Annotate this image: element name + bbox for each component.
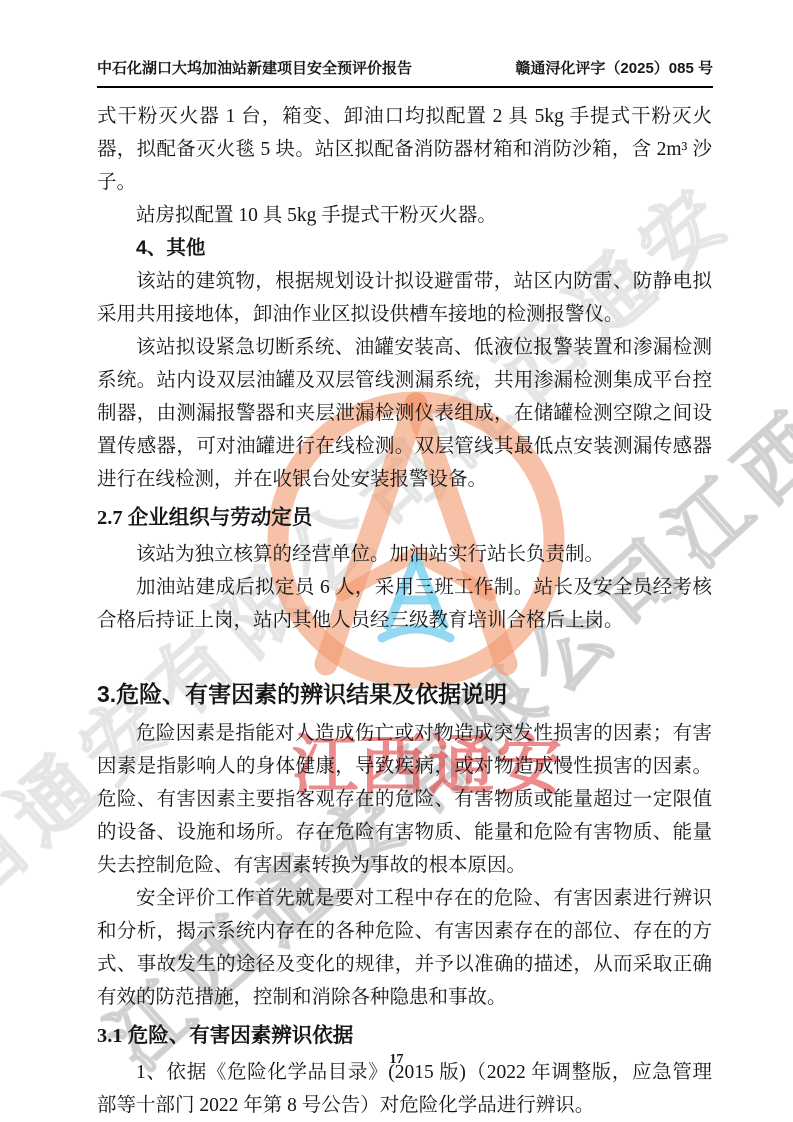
chapter-heading: 3.危险、有害因素的辨识结果及依据说明 (97, 677, 712, 711)
document-body: 式干粉灭火器 1 台，箱变、卸油口均拟配置 2 具 5kg 手提式干粉灭火器，拟… (97, 100, 712, 1122)
section-heading: 3.1 危险、有害因素辨识依据 (97, 1020, 712, 1053)
header-report-title: 中石化湖口大坞加油站新建项目安全预评价报告 (97, 58, 412, 80)
document-page: 江西通安有限公司江西通安 江西通安有限公司江西通安 江西通安 中石化湖口大坞加油… (0, 0, 793, 1122)
paragraph: 式干粉灭火器 1 台，箱变、卸油口均拟配置 2 具 5kg 手提式干粉灭火器，拟… (97, 100, 712, 199)
document-content: 中石化湖口大坞加油站新建项目安全预评价报告 赣通浔化评字（2025）085 号 … (0, 58, 793, 1122)
header-doc-number: 赣通浔化评字（2025）085 号 (515, 58, 713, 80)
paragraph: 该站为独立核算的经营单位。加油站实行站长负责制。 (97, 538, 712, 571)
sub-heading: 4、其他 (97, 232, 712, 265)
paragraph: 该站的建筑物，根据规划设计拟设避雷带，站区内防雷、防静电拟采用共用接地体，卸油作… (97, 265, 712, 331)
section-heading: 2.7 企业组织与劳动定员 (97, 502, 712, 535)
paragraph: 站房拟配置 10 具 5kg 手提式干粉灭火器。 (97, 199, 712, 232)
paragraph: 该站拟设紧急切断系统、油罐安装高、低液位报警装置和渗漏检测系统。站内设双层油罐及… (97, 331, 712, 496)
paragraph: 安全评价工作首先就是要对工程中存在的危险、有害因素进行辨识和分析，揭示系统内存在… (97, 882, 712, 1014)
page-header: 中石化湖口大坞加油站新建项目安全预评价报告 赣通浔化评字（2025）085 号 (97, 58, 713, 88)
page-number: 17 (0, 1052, 793, 1068)
paragraph: 危险因素是指能对人造成伤亡或对物造成突发性损害的因素；有害因素是指影响人的身体健… (97, 717, 712, 882)
paragraph: 加油站建成后拟定员 6 人，采用三班工作制。站长及安全员经考核合格后持证上岗，站… (97, 571, 712, 637)
